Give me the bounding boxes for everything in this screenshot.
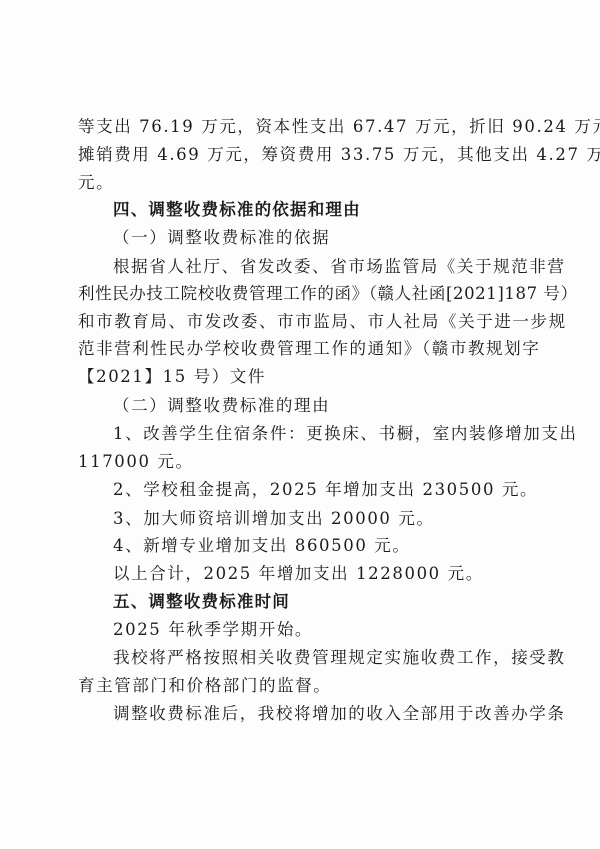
basis-paragraph-line-2: 利性民办技工院校收费管理工作的函》（赣人社函[2021]187 号） (78, 284, 528, 304)
expense-line-1: 等支出 76.19 万元，资本性支出 67.47 万元，折旧 90.24 万元， (78, 117, 528, 137)
supervision-line-2: 育主管部门和价格部门的监督。 (78, 676, 528, 696)
reason-2: 2、学校租金提高，2025 年增加支出 230500 元。 (113, 480, 563, 500)
section-heading-5: 五、调整收费标准时间 (113, 592, 563, 612)
supervision-line-1: 我校将严格按照相关收费管理规定实施收费工作，接受教 (113, 648, 563, 668)
income-use-line: 调整收费标准后，我校将增加的收入全部用于改善办学条 (113, 704, 563, 724)
basis-paragraph-line-1: 根据省人社厅、省发改委、省市场监管局《关于规范非营 (113, 257, 563, 277)
expense-line-3: 元。 (78, 173, 528, 193)
document-page: 等支出 76.19 万元，资本性支出 67.47 万元，折旧 90.24 万元，… (0, 0, 600, 849)
basis-paragraph-line-3: 和市教育局、市发改委、市市监局、市人社局《关于进一步规 (78, 312, 528, 332)
reason-3: 3、加大师资培训增加支出 20000 元。 (113, 509, 563, 529)
reason-1-line-1: 1、改善学生住宿条件：更换床、书橱，室内装修增加支出 (113, 424, 563, 444)
basis-paragraph-line-5: 【2021】15 号）文件 (78, 367, 528, 387)
basis-paragraph-line-4: 范非营利性民办学校收费管理工作的通知》（赣市教规划字 (78, 339, 528, 359)
total-line: 以上合计，2025 年增加支出 1228000 元。 (113, 564, 563, 584)
section-heading-4: 四、调整收费标准的依据和理由 (113, 200, 563, 220)
start-time-line: 2025 年秋季学期开始。 (113, 620, 563, 640)
subheading-reasons: （二）调整收费标准的理由 (113, 396, 563, 416)
subheading-basis: （一）调整收费标准的依据 (113, 228, 563, 248)
expense-line-2: 摊销费用 4.69 万元，筹资费用 33.75 万元，其他支出 4.27 万 (78, 145, 528, 165)
reason-1-line-2: 117000 元。 (78, 452, 528, 472)
reason-4: 4、新增专业增加支出 860500 元。 (113, 536, 563, 556)
